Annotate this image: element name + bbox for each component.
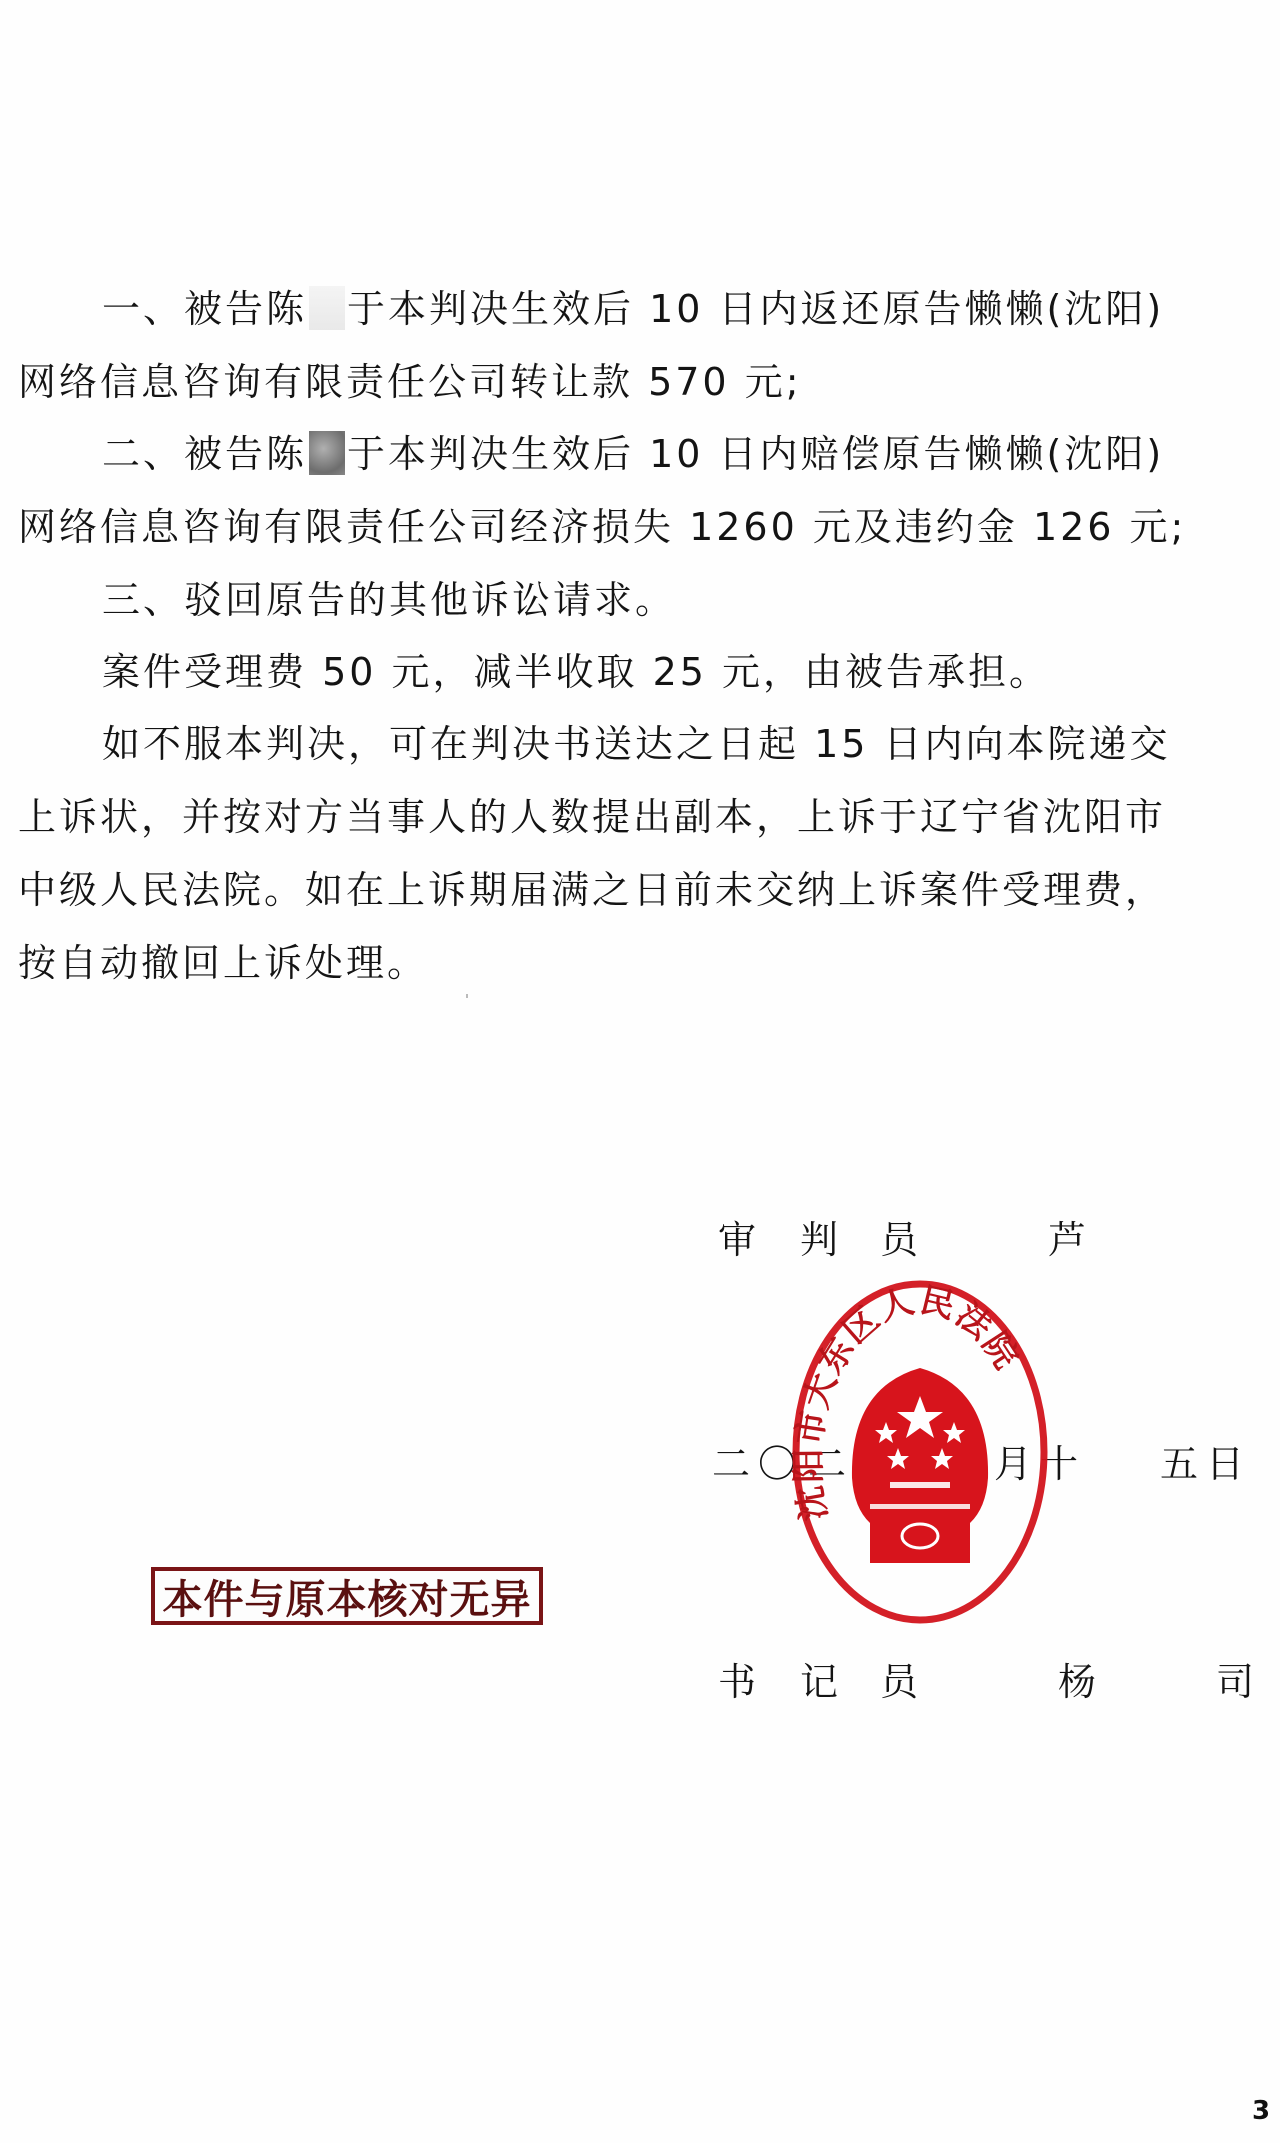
case-fee-paragraph: 案件受理费 50 元，减半收取 25 元，由被告承担。 xyxy=(102,648,1050,696)
judgment-item-1-line-2: 网络信息咨询有限责任公司转让款 570 元; xyxy=(18,358,802,406)
appeal-notice-line-2: 上诉状，并按对方当事人的人数提出副本，上诉于辽宁省沈阳市 xyxy=(18,793,1166,841)
judge-label-char: 判 xyxy=(800,1216,838,1264)
clerk-name-tail: 司 xyxy=(1216,1658,1254,1706)
judgment-item-2-line-2: 网络信息咨询有限责任公司经济损失 1260 元及违约金 126 元; xyxy=(18,503,1186,551)
redacted-name xyxy=(309,286,345,330)
clerk-signature-row: 书 记 员 杨 司 xyxy=(0,1658,1280,1706)
date-char: 日 xyxy=(1206,1440,1244,1488)
national-emblem-icon xyxy=(852,1368,988,1563)
page-number: 3 xyxy=(1252,2096,1270,2126)
judge-signature-row: 审 判 员 芦 xyxy=(0,1216,1280,1264)
court-seal: 沈阳市大东区人民法院 xyxy=(790,1278,1050,1626)
document-page: 一、被告陈于本判决生效后 10 日内返还原告懒懒(沈阳) 网络信息咨询有限责任公… xyxy=(0,0,1280,2143)
judge-label-char: 员 xyxy=(880,1216,918,1264)
item-2-prefix: 二、被告陈 xyxy=(102,432,307,476)
clerk-label-char: 记 xyxy=(800,1658,838,1706)
redacted-name xyxy=(309,431,345,475)
judgment-date-row: 二 〇 二 四 年 十 月 十 五 日 xyxy=(0,1440,1280,1488)
appeal-notice-line-1: 如不服本判决，可在判决书送达之日起 15 日内向本院递交 xyxy=(102,720,1171,768)
judgment-item-2-line-1: 二、被告陈于本判决生效后 10 日内赔偿原告懒懒(沈阳) xyxy=(102,430,1164,478)
judge-name: 芦 xyxy=(1048,1216,1086,1264)
item-1-prefix: 一、被告陈 xyxy=(102,287,307,331)
date-char: 五 xyxy=(1160,1440,1198,1488)
clerk-name: 杨 xyxy=(1058,1658,1096,1706)
judgment-item-1-line-1: 一、被告陈于本判决生效后 10 日内返还原告懒懒(沈阳) xyxy=(102,285,1164,333)
scan-speck xyxy=(466,994,468,998)
judge-label-char: 审 xyxy=(718,1216,756,1264)
judgment-item-3: 三、驳回原告的其他诉讼请求。 xyxy=(102,576,676,624)
appeal-notice-line-4: 按自动撤回上诉处理。 xyxy=(18,939,428,987)
clerk-label-char: 书 xyxy=(718,1658,756,1706)
date-char: 二 xyxy=(712,1440,750,1488)
appeal-notice-line-3: 中级人民法院。如在上诉期届满之日前未交纳上诉案件受理费， xyxy=(18,866,1166,914)
item-2-suffix: 于本判决生效后 10 日内赔偿原告懒懒(沈阳) xyxy=(347,432,1164,476)
clerk-label-char: 员 xyxy=(880,1658,918,1706)
verification-stamp: 本件与原本核对无异 xyxy=(151,1567,543,1625)
item-1-suffix: 于本判决生效后 10 日内返还原告懒懒(沈阳) xyxy=(347,287,1164,331)
